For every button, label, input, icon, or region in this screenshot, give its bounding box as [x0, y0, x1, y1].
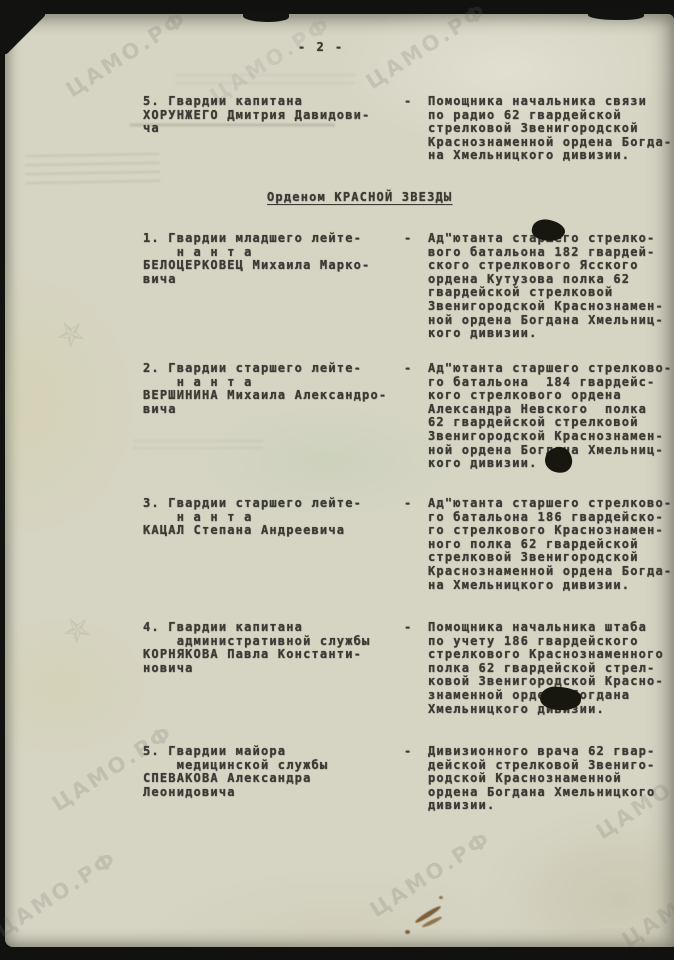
awardee-position: Ад"ютанта старшего стрелко- вого батальо… — [428, 232, 664, 341]
separator-dash: - — [404, 497, 412, 511]
star-watermark-icon: ✯ — [54, 605, 100, 654]
bleed-through-artifact — [25, 153, 161, 191]
page-number: - 2 - — [298, 41, 344, 55]
star-watermark-icon: ✯ — [48, 309, 94, 358]
awardee-position: Ад"ютанта старшего стрелково- го батальо… — [428, 497, 672, 592]
awardee-name: 2. Гвардии старшего лейте- н а н т а ВЕР… — [143, 362, 387, 416]
scan-edge-notch — [243, 11, 289, 22]
ink-smudge — [421, 915, 443, 928]
separator-dash: - — [404, 232, 412, 246]
scan-edge-notch — [588, 10, 644, 20]
archive-watermark: ЦАМО.РФ — [62, 6, 192, 102]
archive-watermark: ЦАМО.РФ — [366, 826, 496, 922]
document-page: ЦАМО.РФ ЦАМО.РФ ЦАМО.РФ ЦАМО.РФ ЦАМО.РФ … — [5, 14, 674, 947]
separator-dash: - — [404, 745, 412, 759]
awardee-name: 5. Гвардии капитана ХОРУНЖЕГО Дмитрия Да… — [143, 95, 370, 136]
archive-watermark: ЦАМО.РФ — [0, 846, 122, 942]
awardee-name: 1. Гвардии младшего лейте- н а н т а БЕЛ… — [143, 232, 370, 286]
awardee-name: 4. Гвардии капитана административной слу… — [143, 621, 370, 675]
section-title: Орденом КРАСНОЙ ЗВЕЗДЫ — [267, 191, 452, 205]
ink-smudge — [414, 904, 442, 924]
separator-dash: - — [404, 362, 412, 376]
awardee-name: 3. Гвардии старшего лейте- н а н т а КАЦ… — [143, 497, 362, 538]
bleed-through-artifact — [175, 74, 355, 84]
ink-smudge — [439, 896, 443, 899]
bleed-through-artifact — [133, 440, 263, 454]
archive-watermark: ЦАМО.РФ — [618, 856, 674, 952]
awardee-position: Помощника начальника связи по радио 62 г… — [428, 95, 672, 163]
archive-watermark: ЦАМО.РФ — [362, 0, 492, 94]
separator-dash: - — [404, 621, 412, 635]
scan-corner-shadow — [0, 0, 48, 57]
awardee-position: Дивизионного врача 62 гвар- дейской стре… — [428, 745, 655, 813]
awardee-name: 5. Гвардии майора медицинской службы СПЕ… — [143, 745, 328, 799]
separator-dash: - — [404, 95, 412, 109]
ink-smudge — [405, 930, 410, 934]
scanned-document: ЦАМО.РФ ЦАМО.РФ ЦАМО.РФ ЦАМО.РФ ЦАМО.РФ … — [0, 0, 674, 960]
